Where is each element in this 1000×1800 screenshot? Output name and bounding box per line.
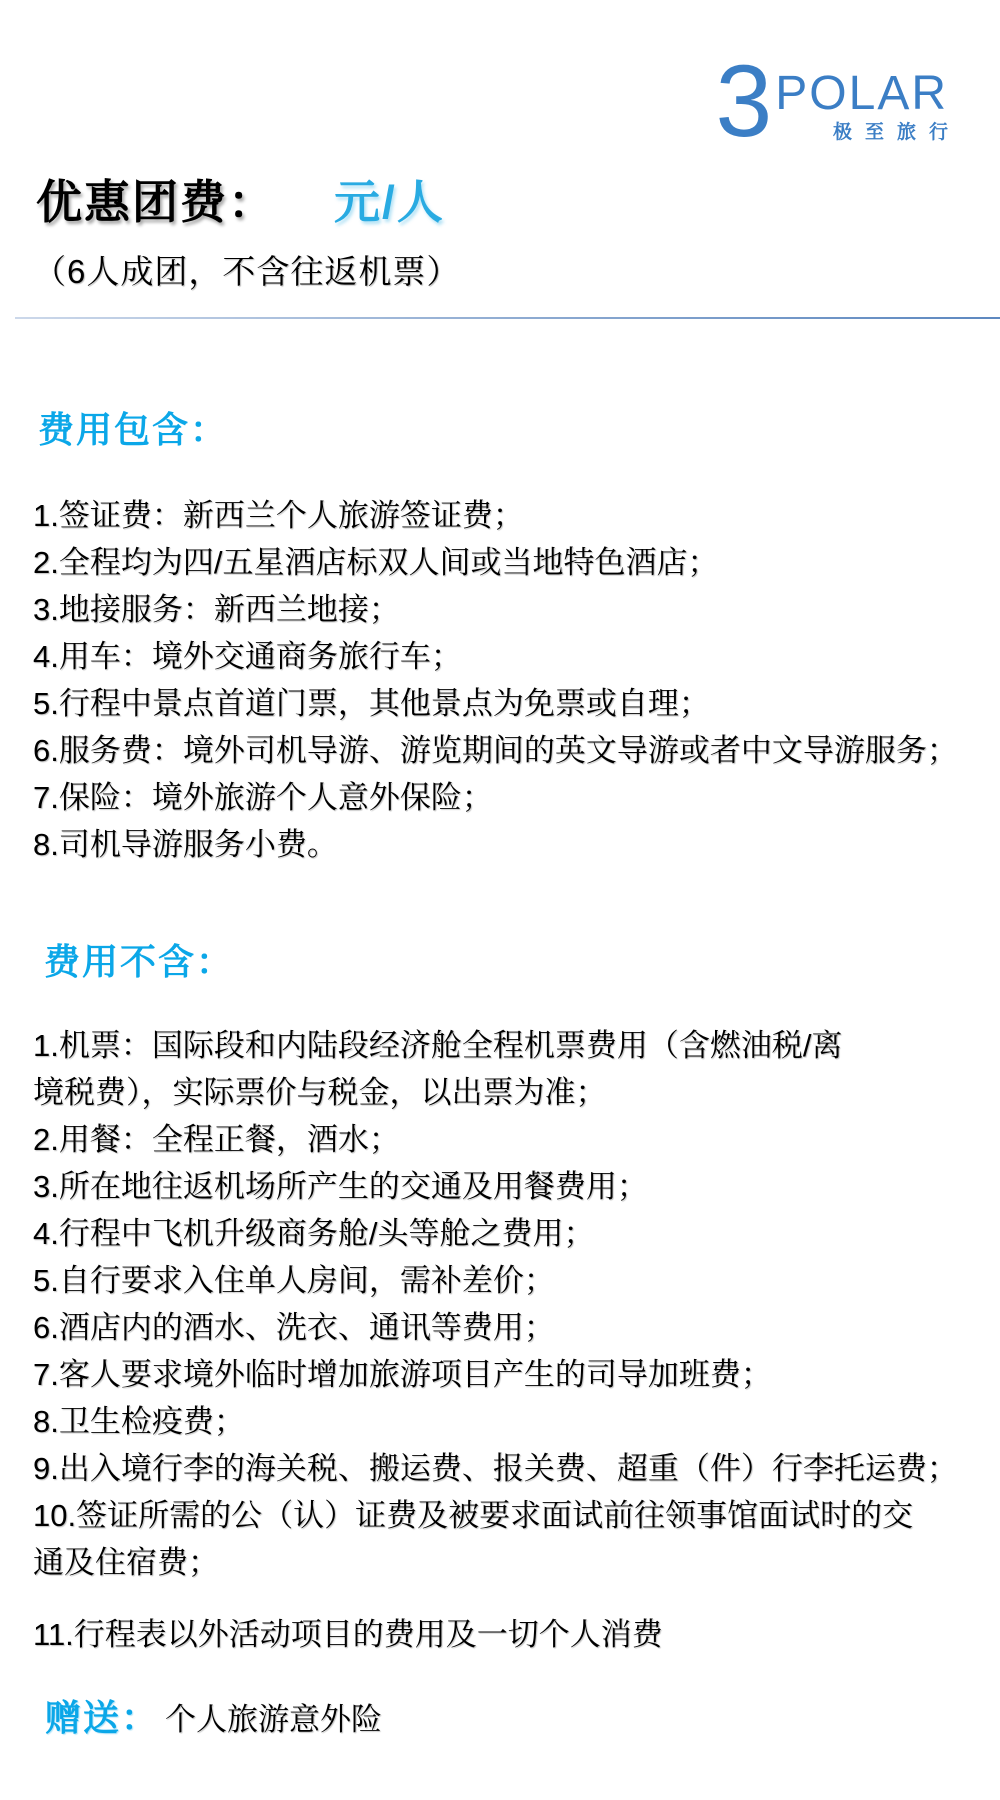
excluded-item-8: 8.卫生检疫费； <box>33 1398 978 1445</box>
included-item-4: 4.用车：境外交通商务旅行车； <box>33 633 978 680</box>
logo-brand-name: POLAR <box>775 73 948 115</box>
page: 3 POLAR 极至旅行 优惠团费：元/人 （6人成团，不含往返机票） 费用包含… <box>0 0 1000 1800</box>
divider-line <box>15 317 1000 319</box>
logo-numeral-3: 3 <box>716 58 773 144</box>
logo-text-block: POLAR 极至旅行 <box>775 73 948 144</box>
page-title: 优惠团费：元/人 <box>36 166 445 232</box>
group-condition-note: （6人成团，不含往返机票） <box>33 246 460 293</box>
included-item-6: 6.服务费：境外司机导游、游览期间的英文导游或者中文导游服务； <box>33 727 978 774</box>
included-item-3: 3.地接服务：新西兰地接； <box>33 586 978 633</box>
excluded-item-3: 3.所在地往返机场所产生的交通及用餐费用； <box>33 1163 978 1210</box>
bonus-label: 赠送： <box>45 1697 159 1738</box>
excluded-item-7: 7.客人要求境外临时增加旅游项目产生的司导加班费； <box>33 1351 978 1398</box>
page-title-label: 优惠团费： <box>36 176 276 228</box>
excluded-item-9: 9.出入境行李的海关税、搬运费、报关费、超重（件）行李托运费； <box>33 1445 978 1492</box>
price-per-person: 元/人 <box>334 176 445 228</box>
excluded-item-4: 4.行程中飞机升级商务舱/头等舱之费用； <box>33 1210 978 1257</box>
excluded-item-5: 5.自行要求入住单人房间，需补差价； <box>33 1257 978 1304</box>
excluded-list: 1.机票：国际段和内陆段经济舱全程机票费用（含燃油税/离 境税费），实际票价与税… <box>33 1022 978 1658</box>
bonus-text: 个人旅游意外险 <box>165 1702 382 1737</box>
logo-tagline: 极至旅行 <box>833 117 961 144</box>
included-item-1: 1.签证费：新西兰个人旅游签证费； <box>33 492 978 539</box>
included-item-2: 2.全程均为四/五星酒店标双人间或当地特色酒店； <box>33 539 978 586</box>
included-item-5: 5.行程中景点首道门票，其他景点为免票或自理； <box>33 680 978 727</box>
excluded-item-1: 1.机票：国际段和内陆段经济舱全程机票费用（含燃油税/离 境税费），实际票价与税… <box>33 1022 978 1116</box>
excluded-section-heading: 费用不含： <box>44 940 234 984</box>
included-item-8: 8.司机导游服务小费。 <box>33 821 978 868</box>
included-section-heading: 费用包含： <box>38 408 228 452</box>
excluded-item-6: 6.酒店内的酒水、洗衣、通讯等费用； <box>33 1304 978 1351</box>
excluded-item-10: 10.签证所需的公（认）证费及被要求面试前往领事馆面试时的交 通及住宿费； <box>33 1492 978 1586</box>
bonus-line: 赠送：个人旅游意外险 <box>45 1694 382 1743</box>
excluded-item-11: 11.行程表以外活动项目的费用及一切个人消费 <box>33 1611 978 1658</box>
included-list: 1.签证费：新西兰个人旅游签证费； 2.全程均为四/五星酒店标双人间或当地特色酒… <box>33 492 978 868</box>
included-item-7: 7.保险：境外旅游个人意外保险； <box>33 774 978 821</box>
brand-logo: 3 POLAR 极至旅行 <box>716 58 948 144</box>
excluded-item-2: 2.用餐：全程正餐，酒水； <box>33 1116 978 1163</box>
